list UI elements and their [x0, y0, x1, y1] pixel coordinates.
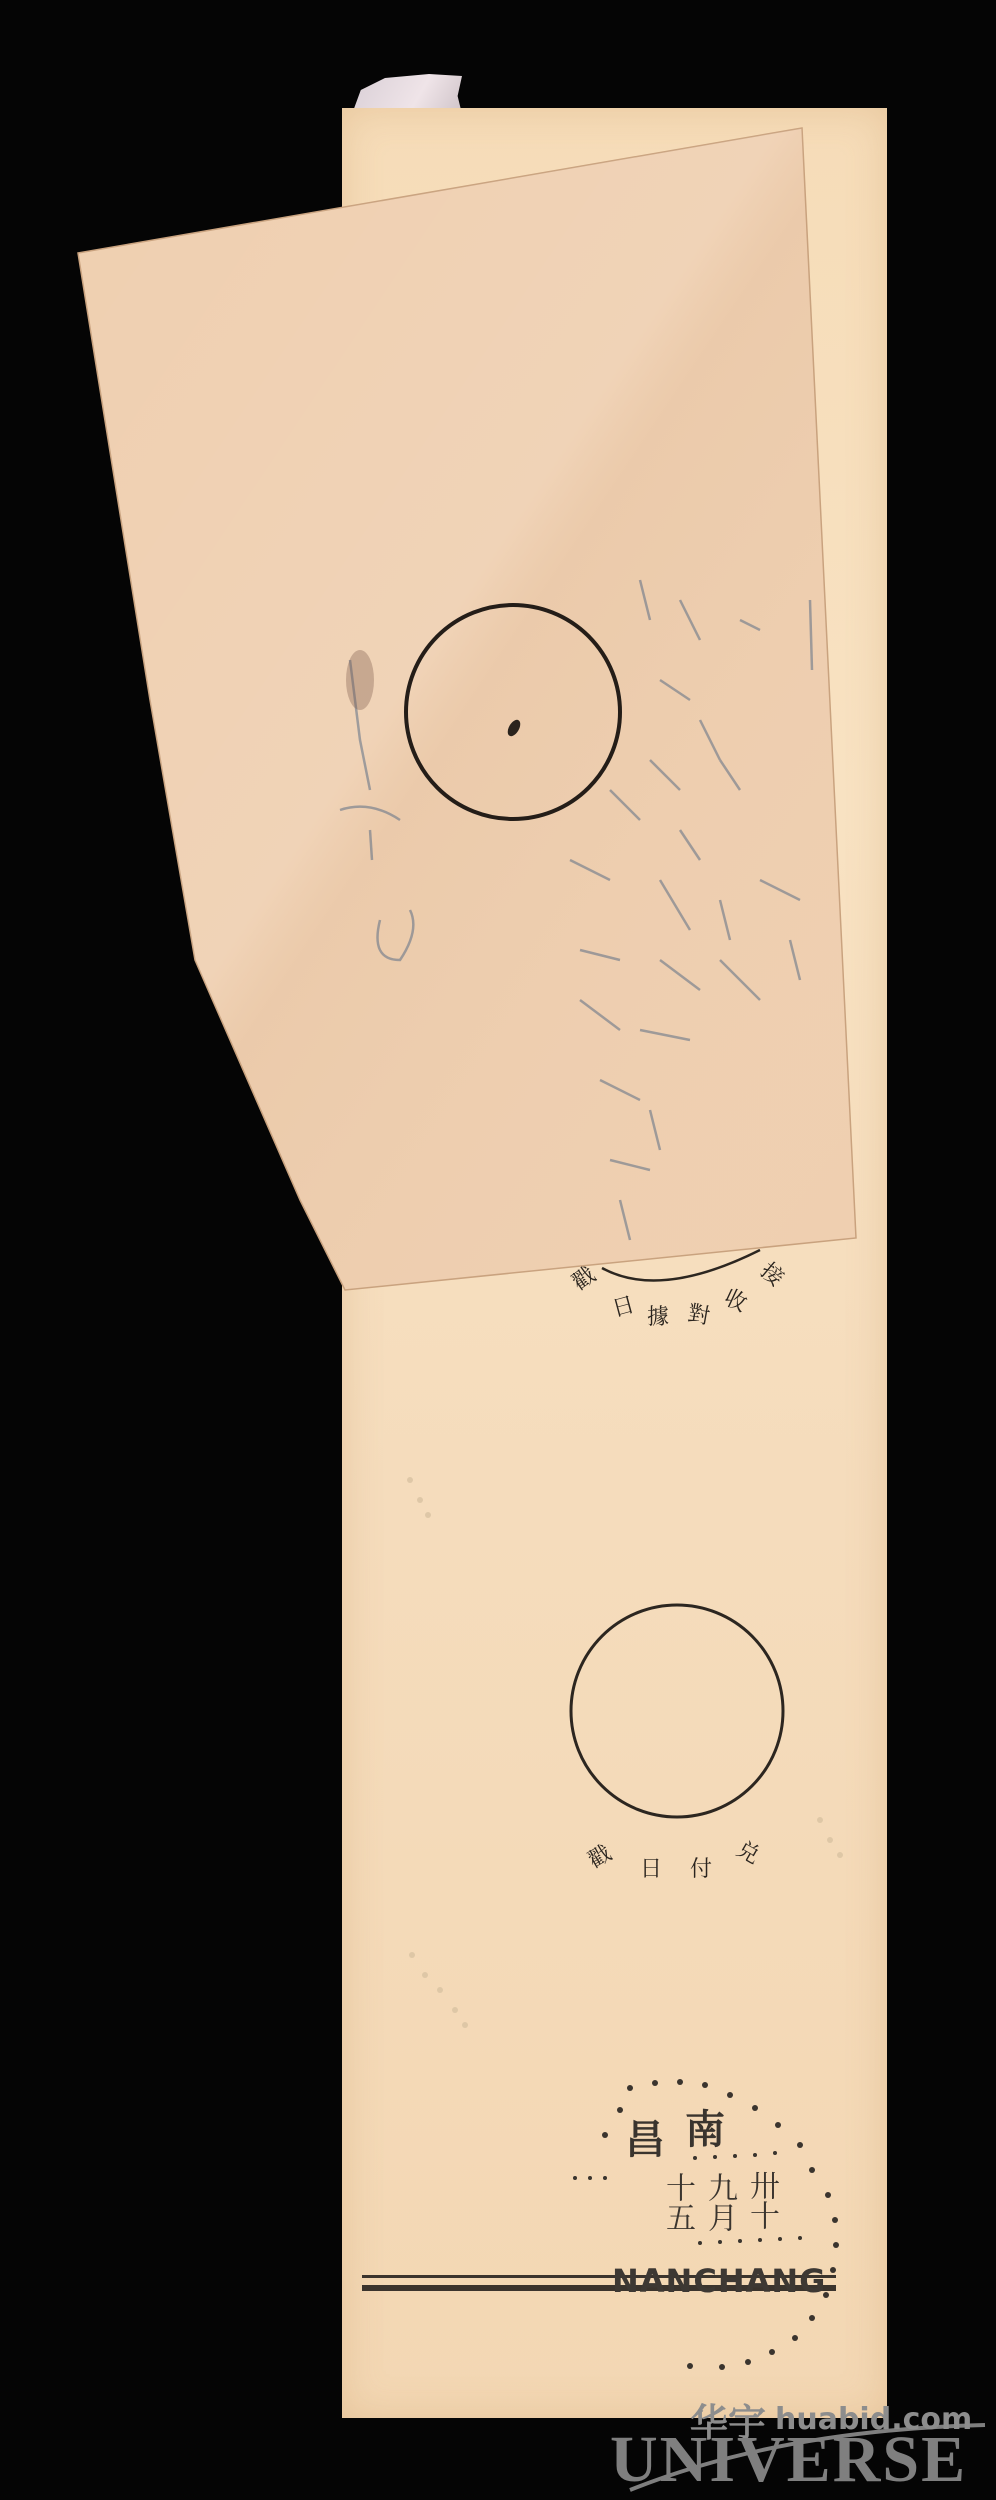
- payment-stamp-char-3: 付: [690, 1852, 712, 1883]
- payment-stamp-char-2: 日: [640, 1852, 662, 1883]
- receipt-stamp-char-3: 據: [647, 1300, 669, 1331]
- postmark-city-char-2: 昌: [625, 2108, 665, 2165]
- postmark-month: 九月: [700, 2172, 738, 2232]
- watermark-brand: UNIVERSE: [610, 2425, 967, 2495]
- postmark-year: 卅十: [742, 2170, 780, 2230]
- payment-date-stamp-circle: [571, 1605, 783, 1817]
- document-drawings: [0, 0, 996, 2500]
- postmark-day: 十五: [658, 2172, 696, 2232]
- postmark-latin-city: NANCHANG: [612, 2262, 826, 2300]
- perforation-marks: [407, 1477, 843, 2028]
- postmark-city-char-1: 南: [685, 2098, 725, 2155]
